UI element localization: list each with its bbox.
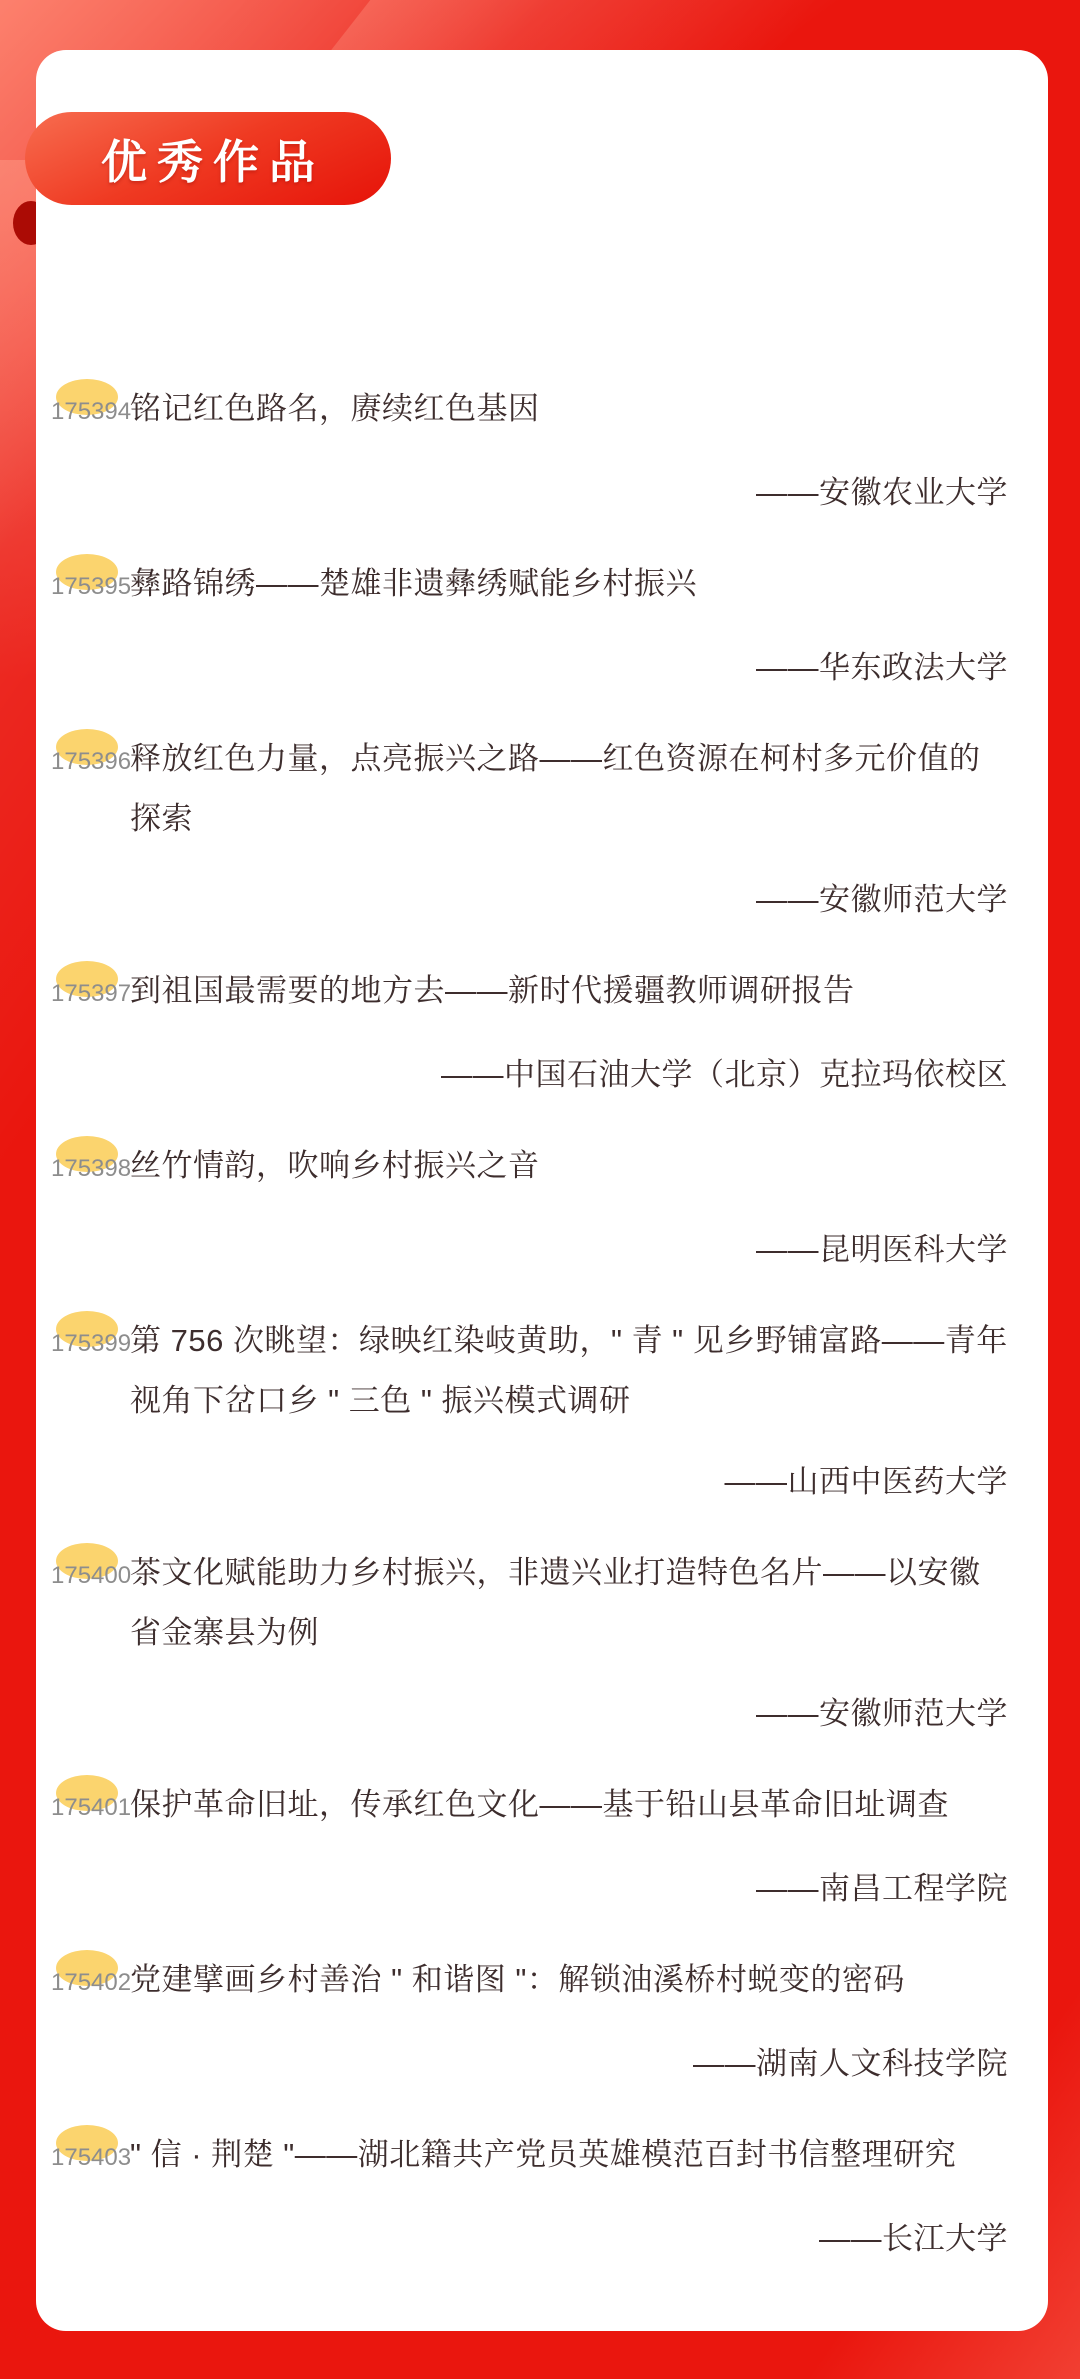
- entry-school: ——湖南人文科技学院: [51, 2035, 1008, 2092]
- entry-title-line: 175400茶文化赋能助力乡村振兴，非遗兴业打造特色名片——以安徽省金寨县为例: [51, 1544, 1008, 1661]
- entry: 175397到祖国最需要的地方去——新时代援疆教师调研报告 ——中国石油大学（北…: [51, 962, 1008, 1103]
- entry-school: ——安徽师范大学: [51, 1685, 1008, 1742]
- entry-number: 175403: [51, 2129, 126, 2186]
- entry: 175400茶文化赋能助力乡村振兴，非遗兴业打造特色名片——以安徽省金寨县为例 …: [51, 1544, 1008, 1742]
- entry-school: ——华东政法大学: [51, 639, 1008, 696]
- entry-title: 彝路锦绣——楚雄非遗彝绣赋能乡村振兴: [130, 566, 697, 601]
- entry-school: ——山西中医药大学: [51, 1453, 1008, 1510]
- entry-title: 到祖国最需要的地方去——新时代援疆教师调研报告: [130, 973, 855, 1008]
- entry-title: " 信 · 荆楚 "——湖北籍共产党员英雄模范百封书信整理研究: [130, 2137, 956, 2172]
- entry-number: 175402: [51, 1954, 126, 2011]
- content-card: 175394铭记红色路名，赓续红色基因 ——安徽农业大学 175395彝路锦绣—…: [36, 50, 1048, 2331]
- entries-list: 175394铭记红色路名，赓续红色基因 ——安徽农业大学 175395彝路锦绣—…: [36, 50, 1048, 2267]
- award-badge: 优秀作品: [25, 112, 391, 205]
- entry-title: 铭记红色路名，赓续红色基因: [130, 391, 540, 426]
- entry-number: 175399: [51, 1315, 126, 1372]
- entry-title-line: 175403" 信 · 荆楚 "——湖北籍共产党员英雄模范百封书信整理研究: [51, 2126, 1008, 2186]
- entry-title: 茶文化赋能助力乡村振兴，非遗兴业打造特色名片——以安徽省金寨县为例: [130, 1555, 981, 1650]
- entry-title-line: 175399第 756 次眺望：绿映红染岐黄助，" 青 " 见乡野铺富路——青年…: [51, 1312, 1008, 1429]
- entry-number: 175394: [51, 383, 126, 440]
- badge-label: 优秀作品: [91, 126, 325, 192]
- entry-title-line: 175402党建擘画乡村善治 " 和谐图 "：解锁油溪桥村蜕变的密码: [51, 1951, 1008, 2011]
- entry: 175396释放红色力量，点亮振兴之路——红色资源在柯村多元价值的探索 ——安徽…: [51, 730, 1008, 928]
- entry-title: 党建擘画乡村善治 " 和谐图 "：解锁油溪桥村蜕变的密码: [130, 1962, 905, 1997]
- entry-title-line: 175396释放红色力量，点亮振兴之路——红色资源在柯村多元价值的探索: [51, 730, 1008, 847]
- entry-title: 保护革命旧址，传承红色文化——基于铅山县革命旧址调查: [130, 1787, 949, 1822]
- entry-title-line: 175395彝路锦绣——楚雄非遗彝绣赋能乡村振兴: [51, 555, 1008, 615]
- entry-school: ——昆明医科大学: [51, 1221, 1008, 1278]
- entry: 175403" 信 · 荆楚 "——湖北籍共产党员英雄模范百封书信整理研究 ——…: [51, 2126, 1008, 2267]
- entry-title-line: 175397到祖国最需要的地方去——新时代援疆教师调研报告: [51, 962, 1008, 1022]
- entry-number: 175396: [51, 733, 126, 790]
- entry-title-line: 175398丝竹情韵，吹响乡村振兴之音: [51, 1137, 1008, 1197]
- entry-number: 175397: [51, 965, 126, 1022]
- entry: 175398丝竹情韵，吹响乡村振兴之音 ——昆明医科大学: [51, 1137, 1008, 1278]
- entry-number: 175395: [51, 558, 126, 615]
- entry-title: 丝竹情韵，吹响乡村振兴之音: [130, 1148, 540, 1183]
- entry-school: ——长江大学: [51, 2210, 1008, 2267]
- entry-title: 释放红色力量，点亮振兴之路——红色资源在柯村多元价值的探索: [130, 741, 981, 836]
- entry: 175394铭记红色路名，赓续红色基因 ——安徽农业大学: [51, 380, 1008, 521]
- entry-school: ——中国石油大学（北京）克拉玛依校区: [51, 1046, 1008, 1103]
- entry-number: 175400: [51, 1547, 126, 1604]
- entry-school: ——安徽农业大学: [51, 464, 1008, 521]
- entry-title-line: 175401保护革命旧址，传承红色文化——基于铅山县革命旧址调查: [51, 1776, 1008, 1836]
- entry: 175399第 756 次眺望：绿映红染岐黄助，" 青 " 见乡野铺富路——青年…: [51, 1312, 1008, 1510]
- entry-school: ——安徽师范大学: [51, 871, 1008, 928]
- entry-title: 第 756 次眺望：绿映红染岐黄助，" 青 " 见乡野铺富路——青年视角下岔口乡…: [130, 1323, 1008, 1418]
- entry: 175395彝路锦绣——楚雄非遗彝绣赋能乡村振兴 ——华东政法大学: [51, 555, 1008, 696]
- entry: 175402党建擘画乡村善治 " 和谐图 "：解锁油溪桥村蜕变的密码 ——湖南人…: [51, 1951, 1008, 2092]
- entry: 175401保护革命旧址，传承红色文化——基于铅山县革命旧址调查 ——南昌工程学…: [51, 1776, 1008, 1917]
- entry-title-line: 175394铭记红色路名，赓续红色基因: [51, 380, 1008, 440]
- entry-number: 175398: [51, 1140, 126, 1197]
- entry-school: ——南昌工程学院: [51, 1860, 1008, 1917]
- entry-number: 175401: [51, 1779, 126, 1836]
